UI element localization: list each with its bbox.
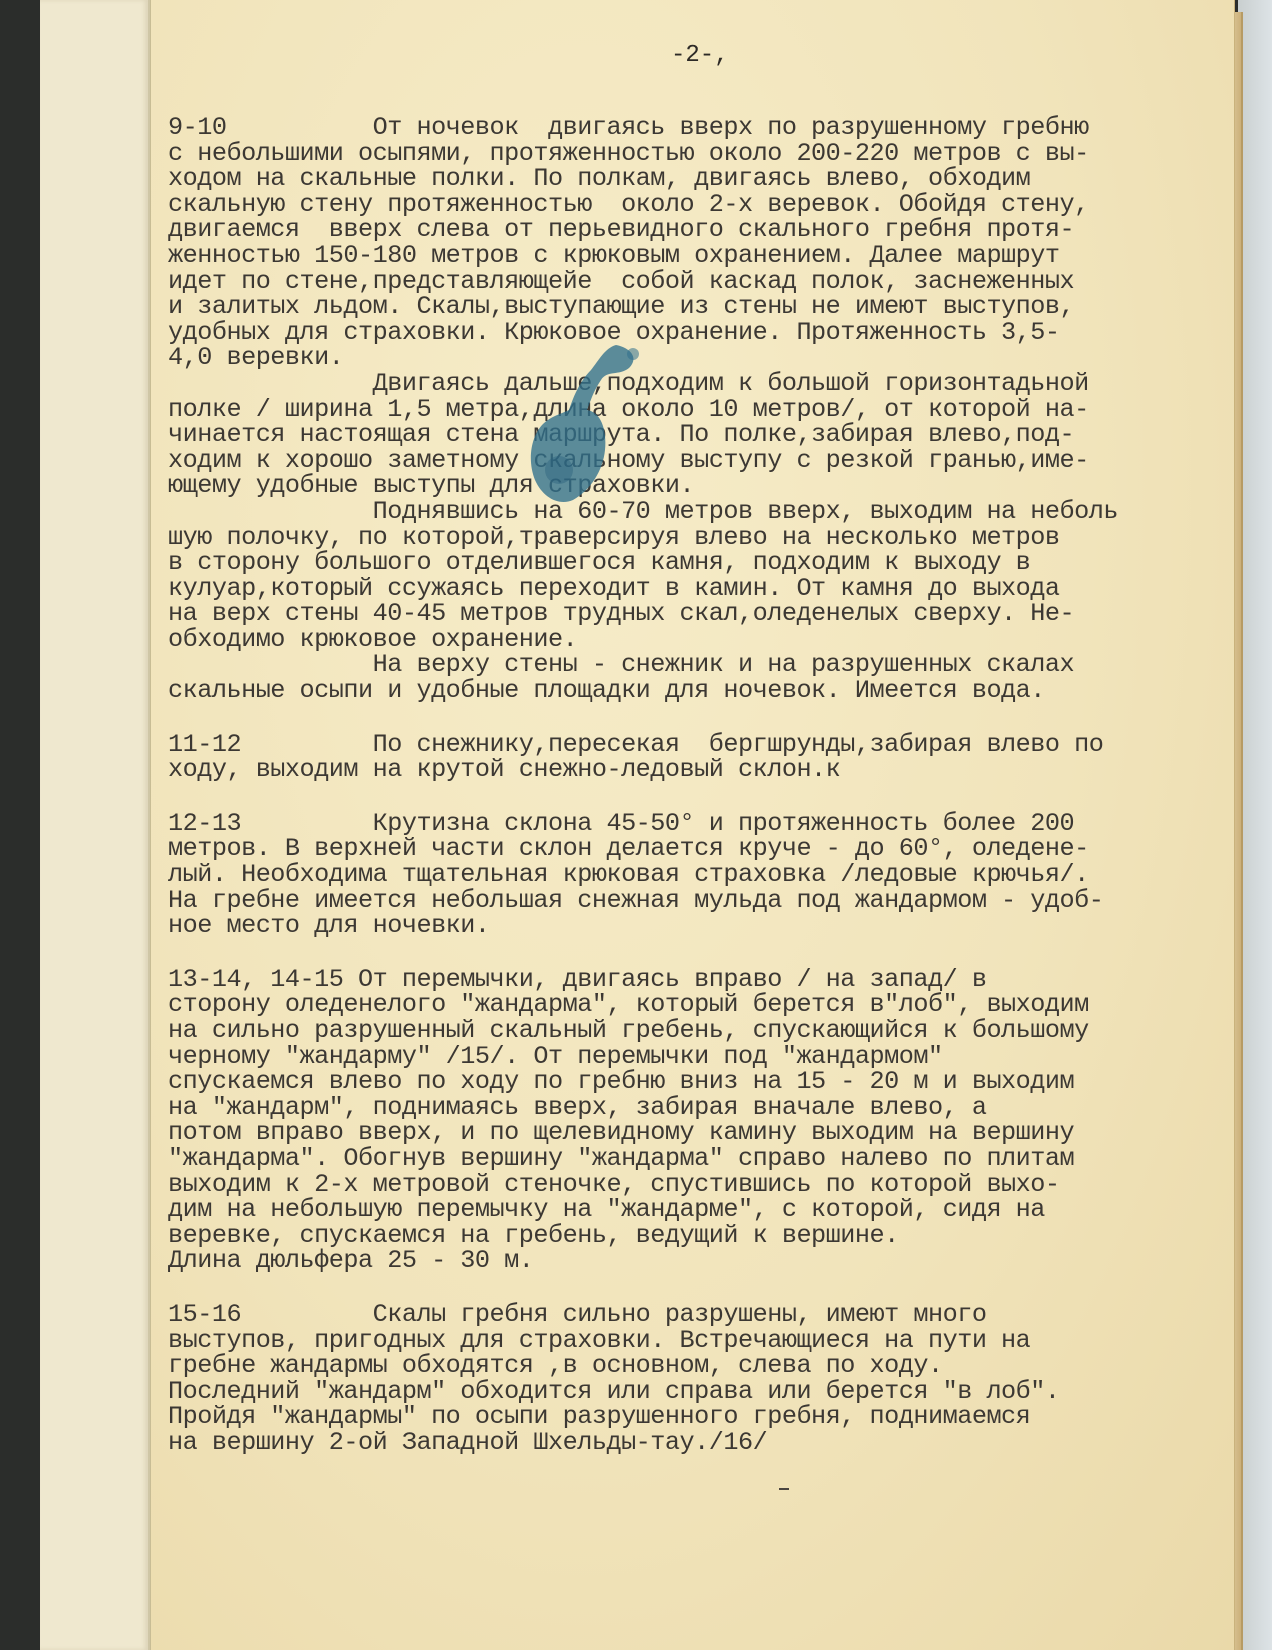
section-15-16: 15-16 Скалы гребня сильно разрушены, име…	[168, 1302, 1218, 1456]
text-line: ющему удобные выступы для страховки.	[168, 473, 1218, 499]
text-line: гребне жандармы обходятся ,в основном, с…	[168, 1353, 1218, 1379]
text-line: сторону оледенелого "жандарма", который …	[168, 992, 1218, 1018]
page-body: 9-10 От ночевок двигаясь вверх по разруш…	[168, 115, 1218, 1456]
text-line: Длина дюльфера 25 - 30 м.	[168, 1248, 1218, 1274]
text-line: 11-12 По снежнику,пересекая бергшрунды,з…	[168, 732, 1218, 758]
text-line: Последний "жандарм" обходится или справа…	[168, 1379, 1218, 1405]
text-line: Поднявшись на 60-70 метров вверх, выходи…	[168, 499, 1218, 525]
section-9-10: 9-10 От ночевок двигаясь вверх по разруш…	[168, 115, 1218, 704]
text-line: выступов, пригодных для страховки. Встре…	[168, 1328, 1218, 1354]
text-line: 15-16 Скалы гребня сильно разрушены, име…	[168, 1302, 1218, 1328]
text-line: в сторону большого отделившегося камня, …	[168, 550, 1218, 576]
text-line: веревке, спускаемся на гребень, ведущий …	[168, 1223, 1218, 1249]
text-line: и залитых льдом. Скалы,выступающие из ст…	[168, 294, 1218, 320]
text-line: спускаемся влево по ходу по гребню вниз …	[168, 1069, 1218, 1095]
text-line: на верх стены 40-45 метров трудных скал,…	[168, 601, 1218, 627]
text-line: выходим к 2-х метровой стеночке, спустив…	[168, 1172, 1218, 1198]
scan-backdrop	[1238, 0, 1272, 1650]
text-line: шую полочку, по которой,траверсируя влев…	[168, 525, 1218, 551]
bottom-dash-mark	[779, 1488, 789, 1490]
text-line: на "жандарм", поднимаясь вверх, забирая …	[168, 1095, 1218, 1121]
page-number: -2-,	[671, 42, 729, 69]
text-line: ное место для ночевки.	[168, 913, 1218, 939]
typewritten-page: -2-, 9-10 От ночевок двигаясь вверх по р…	[150, 0, 1235, 1650]
text-line: черному "жандарму" /15/. От перемычки по…	[168, 1044, 1218, 1070]
text-line: 4,0 веревки.	[168, 345, 1218, 371]
text-line: скальную стену протяженностью около 2-х …	[168, 192, 1218, 218]
text-line: ходу, выходим на крутой снежно-ледовый с…	[168, 757, 1218, 783]
text-line: кулуар,который ссужаясь переходит в ками…	[168, 576, 1218, 602]
text-line: Пройдя "жандармы" по осыпи разрушенного …	[168, 1404, 1218, 1430]
text-line: дим на небольшую перемычку на "жандарме"…	[168, 1197, 1218, 1223]
text-line: ходим к хорошо заметному скальному высту…	[168, 448, 1218, 474]
section-11-12: 11-12 По снежнику,пересекая бергшрунды,з…	[168, 732, 1218, 783]
text-line: 12-13 Крутизна склона 45-50° и протяженн…	[168, 811, 1218, 837]
section-12-13: 12-13 Крутизна склона 45-50° и протяженн…	[168, 811, 1218, 939]
text-line: полке / ширина 1,5 метра,длина около 10 …	[168, 397, 1218, 423]
text-line: скальные осыпи и удобные площадки для но…	[168, 678, 1218, 704]
text-line: ходом на скальные полки. По полкам, двиг…	[168, 166, 1218, 192]
text-line: двигаемся вверх слева от перьевидного ск…	[168, 217, 1218, 243]
text-line: 13-14, 14-15 От перемычки, двигаясь впра…	[168, 967, 1218, 993]
text-line: на вершину 2-ой Западной Шхельды-тау./16…	[168, 1430, 1218, 1456]
text-line: женностью 150-180 метров с крюковым охра…	[168, 243, 1218, 269]
text-line: обходимо крюковое охранение.	[168, 627, 1218, 653]
text-line: На гребне имеется небольшая снежная муль…	[168, 888, 1218, 914]
text-line: метров. В верхней части склон делается к…	[168, 836, 1218, 862]
text-line: удобных для страховки. Крюковое охранени…	[168, 320, 1218, 346]
section-13-15: 13-14, 14-15 От перемычки, двигаясь впра…	[168, 967, 1218, 1274]
text-line: с небольшими осыпями, протяженностью око…	[168, 141, 1218, 167]
text-line: Двигаясь дальше,подходим к большой гориз…	[168, 371, 1218, 397]
text-line: "жандарма". Обогнув вершину "жандарма" с…	[168, 1146, 1218, 1172]
text-line: на сильно разрушенный скальный гребень, …	[168, 1018, 1218, 1044]
text-line: потом вправо вверх, и по щелевидному кам…	[168, 1120, 1218, 1146]
text-line: чинается настоящая стена маршрута. По по…	[168, 422, 1218, 448]
text-line: На верху стены - снежник и на разрушенны…	[168, 652, 1218, 678]
text-line: лый. Необходима тщательная крюковая стра…	[168, 862, 1218, 888]
text-line: 9-10 От ночевок двигаясь вверх по разруш…	[168, 115, 1218, 141]
binding-strip	[40, 0, 150, 1650]
text-line: идет по стене,представляющейе собой каск…	[168, 269, 1218, 295]
